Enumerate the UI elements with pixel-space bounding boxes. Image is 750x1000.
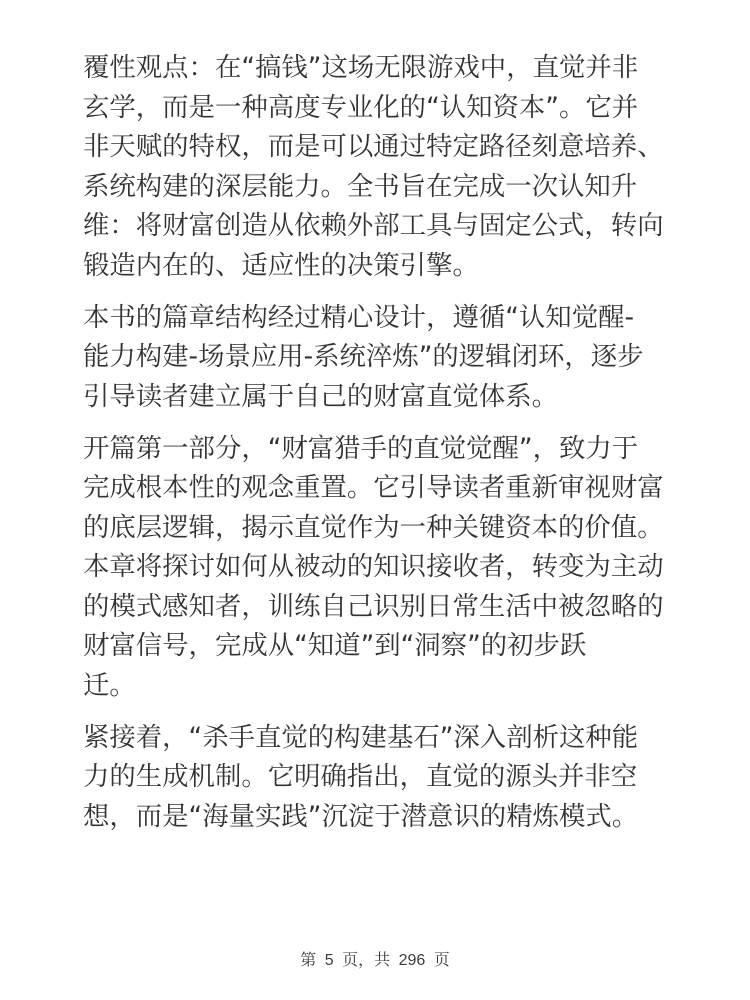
text-line: 非天赋的特权，而是可以通过特定路径刻意培养、 [83,127,683,167]
text-line: 紧接着，“杀手直觉的构建基石”深入剖析这种能 [83,718,683,758]
text-line: 想，而是“海量实践”沉淀于潜意识的精炼模式。 [83,797,683,837]
text-line: 本书的篇章结构经过精心设计，遵循“认知觉醒- [83,298,683,338]
page-indicator-suffix: 页 [434,952,450,969]
paragraph-3: 开篇第一部分，“财富猎手的直觉觉醒”，致力于 完成根本性的观念重置。它引导读者重… [83,429,683,706]
paragraph-4: 紧接着，“杀手直觉的构建基石”深入剖析这种能 力的生成机制。它明确指出，直觉的源… [83,718,683,837]
page-indicator: 第 5 页，共 296 页 [0,951,750,971]
text-line: 迁。 [83,666,683,706]
text-line: 锻造内在的、适应性的决策引擎。 [83,246,683,286]
text-line: 本章将探讨如何从被动的知识接收者，转变为主动 [83,547,683,587]
page-indicator-middle: 页，共 [342,952,390,969]
text-line: 财富信号，完成从“知道”到“洞察”的初步跃 [83,626,683,666]
text-line: 维：将财富创造从依赖外部工具与固定公式，转向 [83,206,683,246]
paragraph-1: 覆性观点：在“搞钱”这场无限游戏中，直觉并非 玄学，而是一种高度专业化的“认知资… [83,48,683,285]
text-line: 的模式感知者，训练自己识别日常生活中被忽略的 [83,587,683,627]
text-line: 力的生成机制。它明确指出，直觉的源头并非空 [83,757,683,797]
page-indicator-prefix: 第 [300,952,316,969]
text-line: 覆性观点：在“搞钱”这场无限游戏中，直觉并非 [83,48,683,88]
text-line: 玄学，而是一种高度专业化的“认知资本”。它并 [83,88,683,128]
text-line: 的底层逻辑，揭示直觉作为一种关键资本的价值。 [83,508,683,548]
page-body: 覆性观点：在“搞钱”这场无限游戏中，直觉并非 玄学，而是一种高度专业化的“认知资… [83,48,683,849]
text-line: 系统构建的深层能力。全书旨在完成一次认知升 [83,167,683,207]
text-line: 开篇第一部分，“财富猎手的直觉觉醒”，致力于 [83,429,683,469]
text-line: 能力构建-场景应用-系统淬炼”的逻辑闭环，逐步 [83,337,683,377]
total-pages-number: 296 [399,952,426,969]
paragraph-2: 本书的篇章结构经过精心设计，遵循“认知觉醒- 能力构建-场景应用-系统淬炼”的逻… [83,298,683,417]
text-line: 引导读者建立属于自己的财富直觉体系。 [83,377,683,417]
text-line: 完成根本性的观念重置。它引导读者重新审视财富 [83,468,683,508]
current-page-number: 5 [325,952,334,969]
